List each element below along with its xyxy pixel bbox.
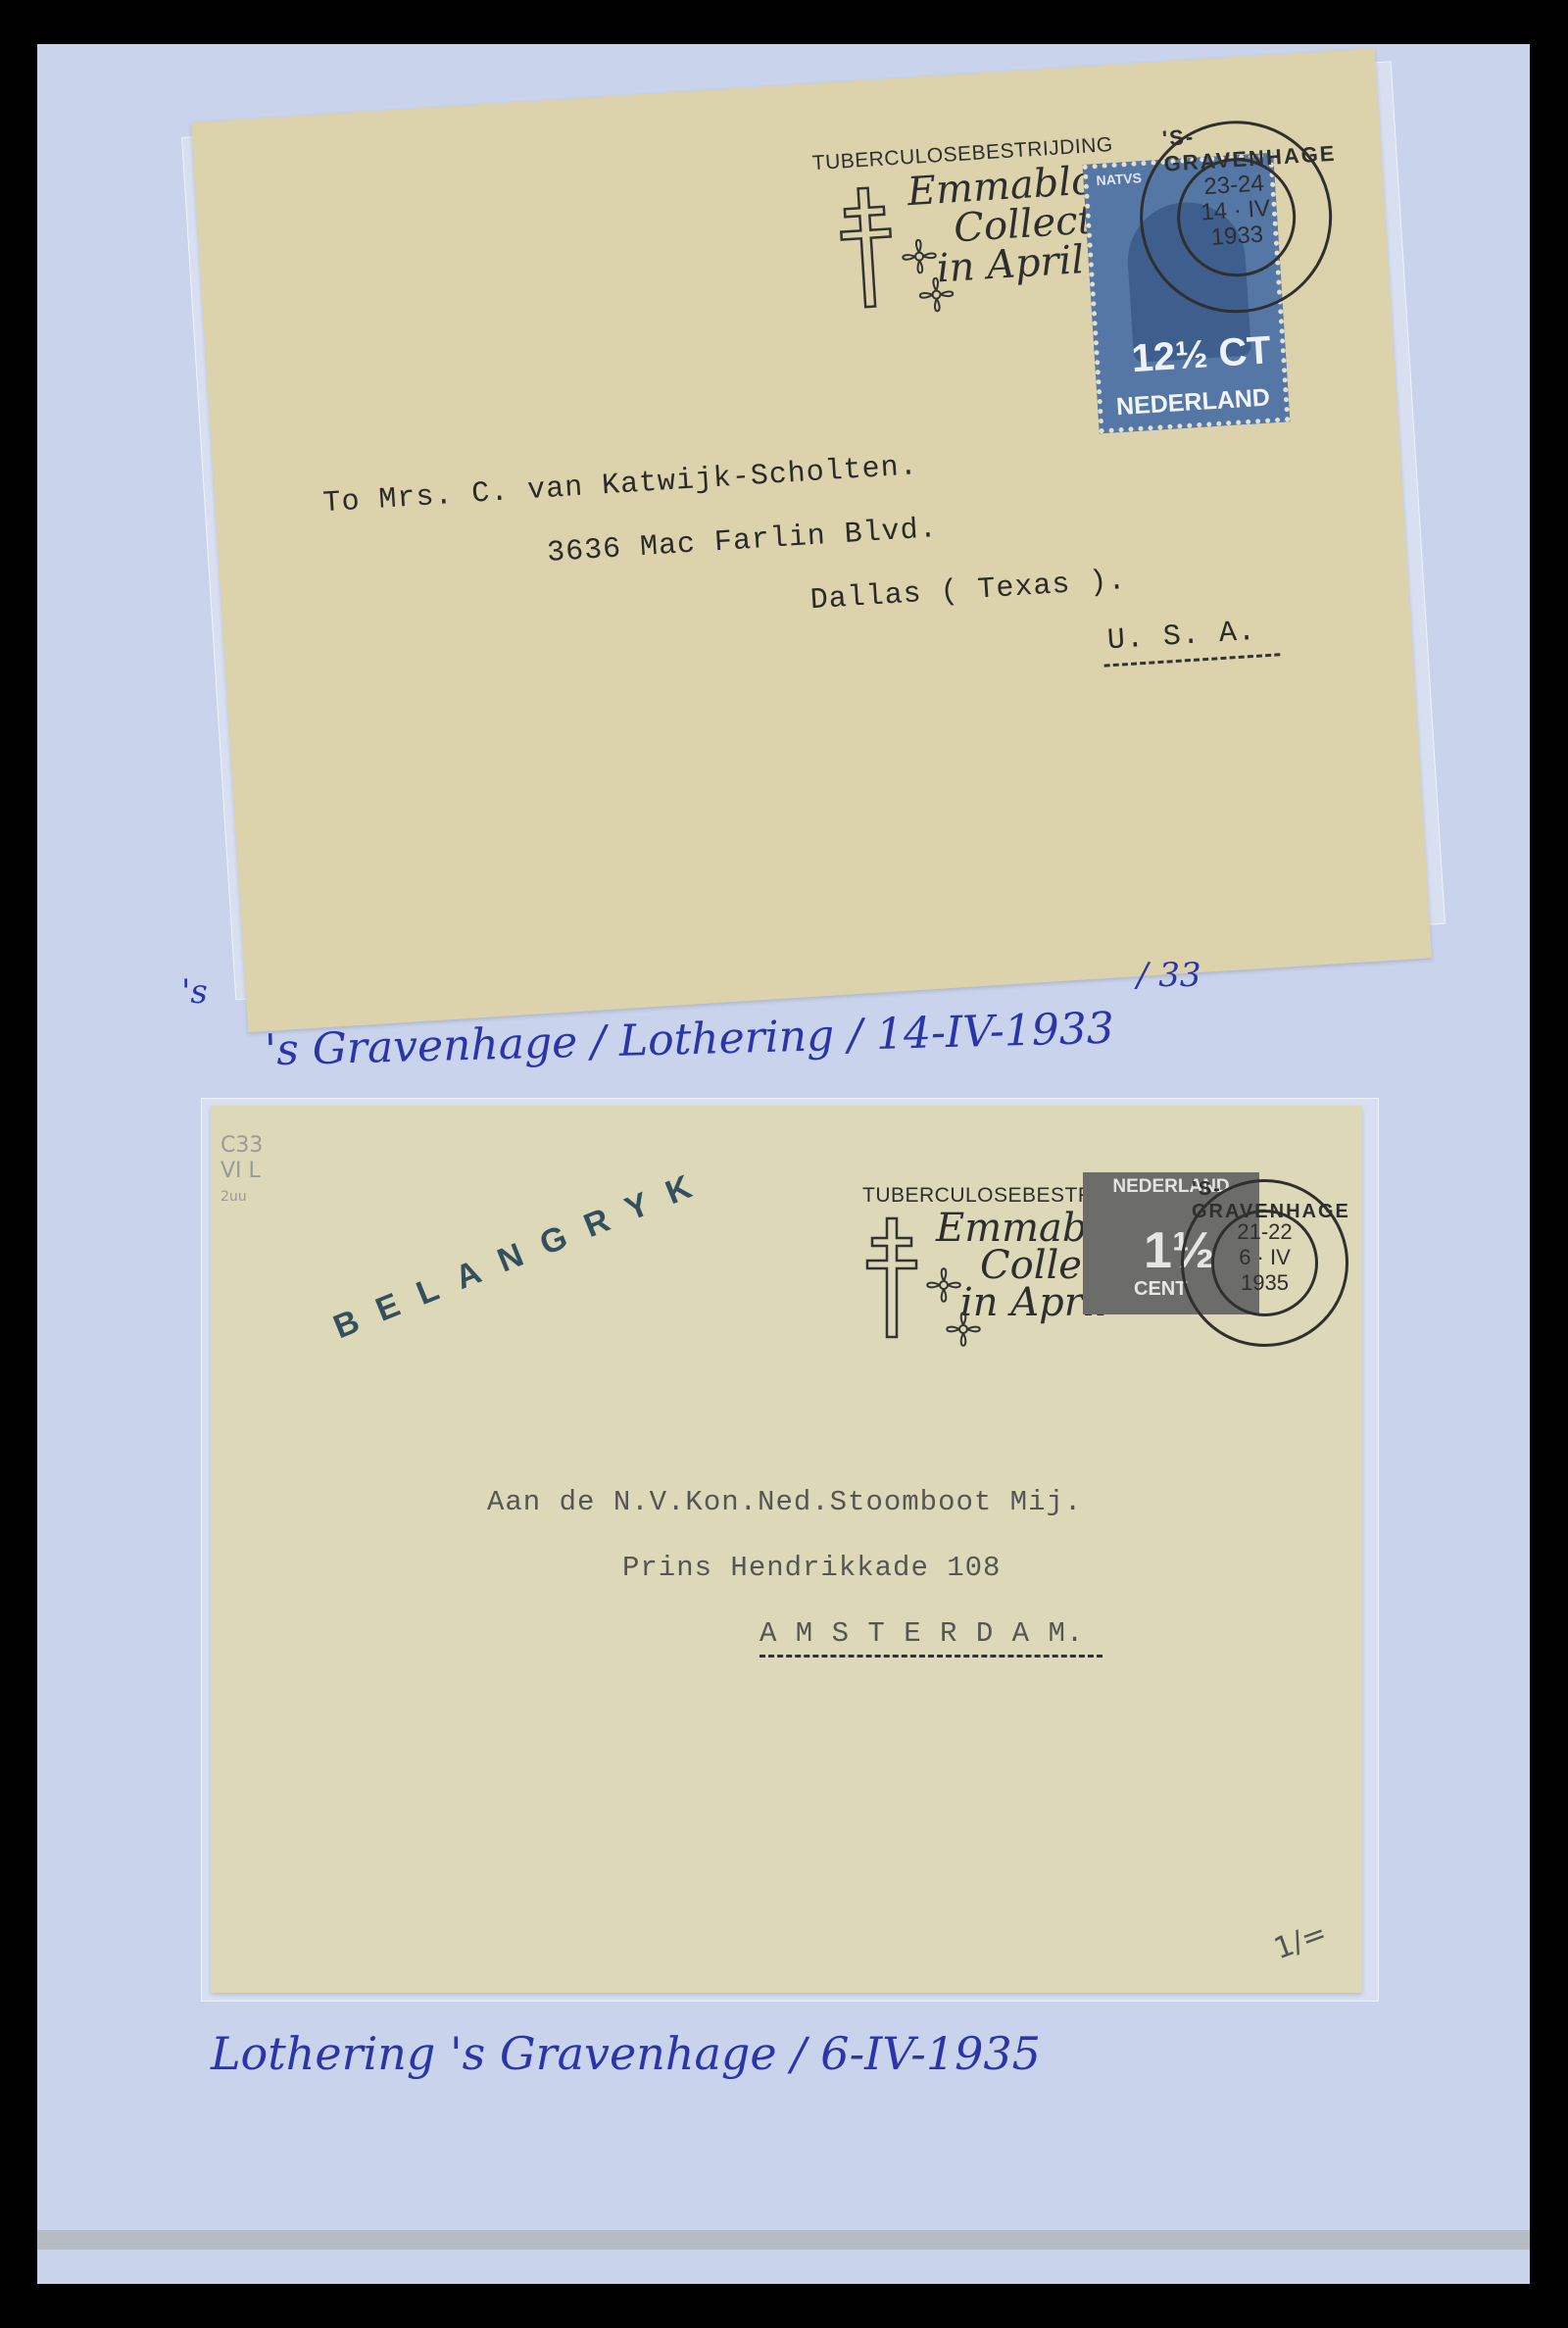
flower-icon — [921, 1263, 966, 1308]
cover-2-postmark: 'S-GRAVENHAGE 21-22 6 · IV 1935 — [1181, 1179, 1348, 1347]
cover-2-caption: Lothering 's Gravenhage / 6-IV-1935 — [211, 2027, 1041, 2080]
postmark-date: 21-22 6 · IV 1935 — [1218, 1219, 1311, 1296]
cover-1-envelope: TUBERCULOSEBESTRIJDING Emmabloem- Collec… — [191, 48, 1432, 1032]
cover-1-caption-partial-right: / 33 — [1137, 956, 1201, 995]
stamp-inscription: NATVS — [1096, 170, 1142, 188]
postmark-date: 23-24 14 · IV 1933 — [1184, 170, 1287, 252]
cover-1-address-line-2: 3636 Mac Farlin Blvd. — [546, 513, 938, 570]
flower-icon — [912, 271, 960, 319]
postmark-city: 'S-GRAVENHAGE — [1161, 116, 1337, 177]
cover-1-address-line-3: Dallas ( Texas ). — [809, 565, 1128, 618]
cover-2-corner-note: 1/= — [1271, 1920, 1330, 1962]
cover-1-address-line-1: To Mrs. C. van Katwijk-Scholten. — [322, 450, 919, 520]
lorraine-cross-icon — [833, 181, 900, 313]
slogan-line-3: in April — [936, 243, 1085, 285]
cover-2-address-underline — [759, 1655, 1102, 1658]
cover-2-belangryk-handstamp: BELANGRYK — [328, 1161, 717, 1348]
album-page-edge — [37, 2230, 1530, 2250]
cover-1-address-line-4: U. S. A. — [1106, 616, 1257, 658]
cover-2-address-line-2: Prins Hendrikkade 108 — [622, 1552, 1001, 1584]
postmark-city: 'S-GRAVENHAGE — [1192, 1178, 1350, 1223]
cover-2-pencil-notes: C33 VI L 2uu — [220, 1133, 263, 1210]
cover-1-caption-partial-left: 's — [181, 972, 208, 1012]
flower-icon — [941, 1307, 986, 1352]
lorraine-cross-icon — [862, 1214, 921, 1341]
stamp-country: NEDERLAND — [1107, 383, 1278, 422]
cover-2-address-line-3: A M S T E R D A M. — [759, 1617, 1084, 1650]
cover-2-address-line-1: Aan de N.V.Kon.Ned.Stoomboot Mij. — [487, 1486, 1082, 1518]
stamp-value: 12½ CT — [1130, 328, 1272, 381]
cover-2-envelope: C33 VI L 2uu BELANGRYK TUBERCULOSEBESTRI… — [211, 1106, 1362, 1993]
stamp-unit: CENT — [1134, 1278, 1187, 1301]
